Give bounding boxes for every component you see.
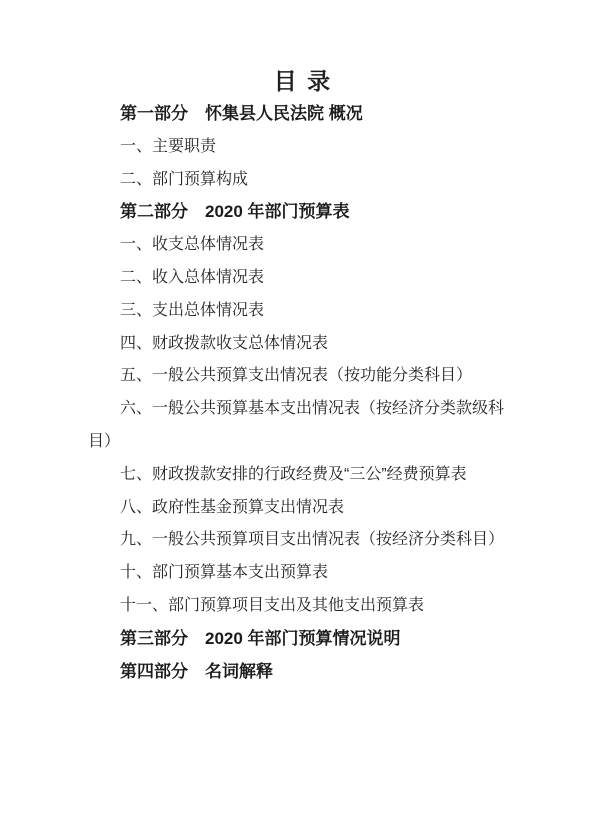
toc-item: 二、收入总体情况表	[88, 262, 518, 295]
toc-item: 十、部门预算基本支出预算表	[88, 557, 518, 590]
toc-item: 六、一般公共预算基本支出情况表（按经济分类款级科目）	[88, 393, 518, 459]
toc-item: 八、政府性基金预算支出情况表	[88, 492, 518, 525]
toc-section-heading: 第四部分 名词解释	[88, 656, 518, 689]
toc-item: 三、支出总体情况表	[88, 295, 518, 328]
toc-item: 二、部门预算构成	[88, 164, 518, 197]
toc-section-heading: 第二部分 2020 年部门预算表	[88, 196, 518, 229]
toc-section-heading: 第三部分 2020 年部门预算情况说明	[88, 623, 518, 656]
toc-section-heading: 第一部分 怀集县人民法院 概况	[88, 98, 518, 131]
toc-item: 七、财政拨款安排的行政经费及“三公”经费预算表	[88, 459, 518, 492]
toc-title: 目 录	[88, 65, 518, 98]
toc-item: 一、收支总体情况表	[88, 229, 518, 262]
toc-item: 十一、部门预算项目支出及其他支出预算表	[88, 590, 518, 623]
toc-item: 五、一般公共预算支出情况表（按功能分类科目）	[88, 360, 518, 393]
toc-item: 四、财政拨款收支总体情况表	[88, 328, 518, 361]
toc-item: 一、主要职责	[88, 131, 518, 164]
toc-item: 九、一般公共预算项目支出情况表（按经济分类科目）	[88, 524, 518, 557]
toc-page: 目 录 第一部分 怀集县人民法院 概况 一、主要职责 二、部门预算构成 第二部分…	[0, 0, 608, 831]
